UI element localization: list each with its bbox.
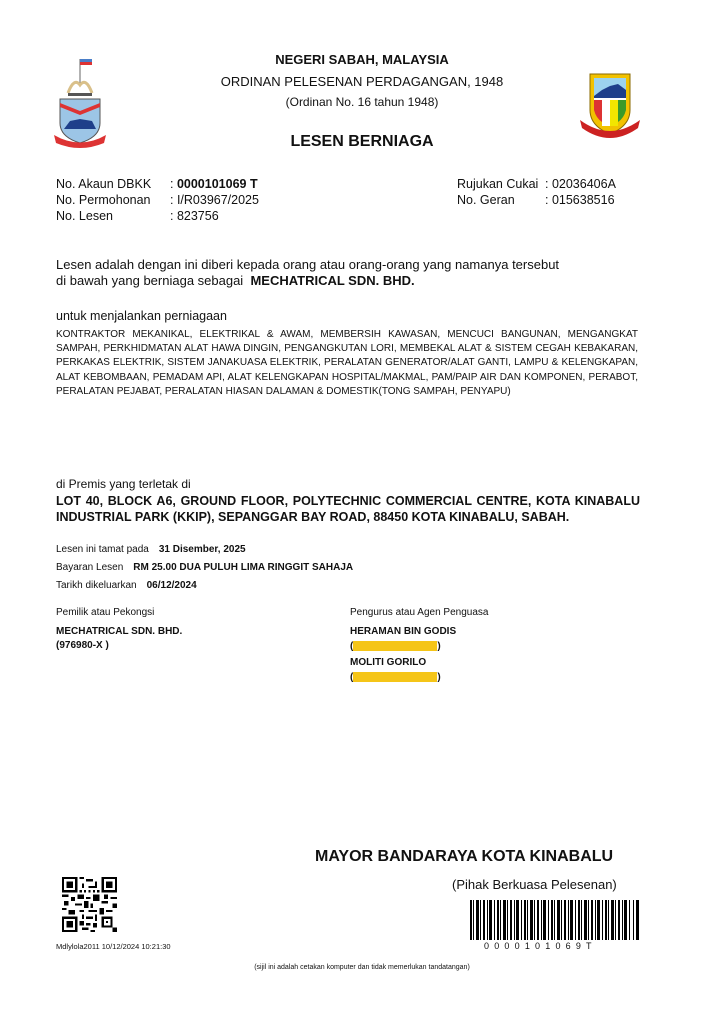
owner-name: MECHATRICAL SDN. BHD. — [56, 626, 182, 637]
activities-label: untuk menjalankan perniagaan — [56, 309, 227, 323]
owner-label: Pemilik atau Pekongsi — [56, 607, 154, 618]
grant-number-row: No. Geran: 015638516 — [457, 192, 616, 208]
account-info-left: No. Akaun DBKK: 0000101069 T No. Permoho… — [56, 176, 259, 224]
application-number-row: No. Permohonan: I/R03967/2025 — [56, 192, 259, 208]
premises-address: LOT 40, BLOCK A6, GROUND FLOOR, POLYTECH… — [56, 493, 640, 525]
license-number-value: 823756 — [177, 209, 219, 223]
grant-statement: Lesen adalah dengan ini diberi kepada or… — [56, 257, 559, 289]
print-info: Mdlylola2011 10/12/2024 10:21:30 — [56, 942, 171, 951]
issue-date-row: Tarikh dikeluarkan06/12/2024 — [56, 580, 197, 591]
grant-line-1: Lesen adalah dengan ini diberi kepada or… — [56, 257, 559, 273]
tax-reference-label: Rujukan Cukai — [457, 176, 545, 192]
grant-number-label: No. Geran — [457, 192, 545, 208]
barcode-icon — [470, 900, 640, 940]
license-number-row: No. Lesen: 823756 — [56, 208, 259, 224]
grant-line-2-prefix: di bawah yang berniaga sebagai — [56, 273, 243, 288]
agents-label: Pengurus atau Agen Penguasa — [350, 607, 488, 618]
expiry-value: 31 Disember, 2025 — [159, 544, 246, 555]
tax-reference-row: Rujukan Cukai: 02036406A — [457, 176, 616, 192]
license-number-label: No. Lesen — [56, 208, 170, 224]
barcode-number: 0000101069T — [484, 941, 634, 951]
account-number-label: No. Akaun DBKK — [56, 176, 170, 192]
tax-reference-value: 02036406A — [552, 177, 616, 191]
business-name: MECHATRICAL SDN. BHD. — [250, 273, 414, 288]
account-info-right: Rujukan Cukai: 02036406A No. Geran: 0156… — [457, 176, 616, 208]
grant-line-2: di bawah yang berniaga sebagai MECHATRIC… — [56, 273, 559, 289]
premises-label: di Premis yang terletak di — [56, 477, 191, 491]
fee-value: RM 25.00 DUA PULUH LIMA RINGGIT SAHAJA — [133, 562, 353, 573]
grant-number-value: 015638516 — [552, 193, 615, 207]
owner-reg-no: (976980-X ) — [56, 640, 109, 651]
agent-1-id: () — [350, 641, 441, 652]
qr-code-icon — [62, 877, 117, 932]
agent-2-id: () — [350, 672, 441, 683]
application-number-label: No. Permohonan — [56, 192, 170, 208]
issue-date-value: 06/12/2024 — [147, 580, 197, 591]
expiry-label: Lesen ini tamat pada — [56, 544, 149, 555]
state-heading: NEGERI SABAH, MALAYSIA — [0, 52, 724, 67]
account-number-value: 0000101069 T — [177, 177, 258, 191]
redacted-id-2 — [353, 672, 437, 682]
application-number-value: I/R03967/2025 — [177, 193, 259, 207]
dbkk-city-crest-icon — [580, 70, 640, 140]
issue-date-label: Tarikh dikeluarkan — [56, 580, 137, 591]
account-number-row: No. Akaun DBKK: 0000101069 T — [56, 176, 259, 192]
authority-title: MAYOR BANDARAYA KOTA KINABALU — [315, 848, 613, 866]
agent-2-name: MOLITI GORILO — [350, 657, 426, 668]
agent-1-name: HERAMAN BIN GODIS — [350, 626, 456, 637]
fee-label: Bayaran Lesen — [56, 562, 123, 573]
redacted-id-1 — [353, 641, 437, 651]
fee-row: Bayaran LesenRM 25.00 DUA PULUH LIMA RIN… — [56, 562, 353, 573]
expiry-row: Lesen ini tamat pada31 Disember, 2025 — [56, 544, 246, 555]
authority-subtitle: (Pihak Berkuasa Pelesenan) — [452, 877, 617, 892]
computer-print-note: (sijil ini adalah cetakan komputer dan t… — [0, 964, 724, 971]
business-activities: KONTRAKTOR MEKANIKAL, ELEKTRIKAL & AWAM,… — [56, 328, 638, 399]
